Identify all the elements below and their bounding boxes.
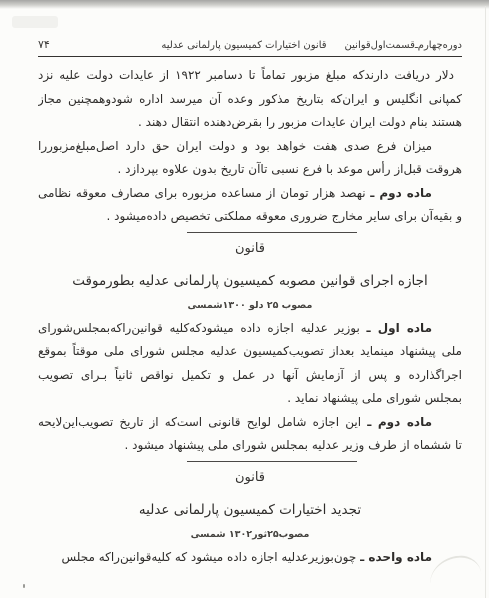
header-course-label: دوره‌چهارم‌ـ‌قسمت‌اول‌قوانین bbox=[345, 40, 462, 51]
law-body: ماده اول ـ بوزیر عدلیه اجازه داده میشودک… bbox=[38, 317, 462, 458]
article-1-text: بوزیر عدلیه اجازه داده میشودکه‌کلیه قوان… bbox=[38, 321, 360, 335]
scanned-document-page: دوره‌چهارم‌ـ‌قسمت‌اول‌قوانین قانون اختیا… bbox=[0, 0, 489, 598]
single-article-label: ماده واحده ـ bbox=[360, 550, 432, 564]
text-line: میزان فرع صدی هفت خواهد بود و دولت ایران… bbox=[38, 135, 462, 159]
law-section-provisional-execution: قانون اجازه اجرای قوانین مصوبه کمیسیون پ… bbox=[38, 239, 462, 458]
text-line: و بقیه‌آن برای سایر مخارج ضروری معوقه مم… bbox=[38, 205, 462, 229]
law-kicker: قانون bbox=[38, 468, 462, 488]
continued-law-text: دلار دریافت دارندکه مبلغ مزبور تماماً تا… bbox=[38, 64, 462, 229]
article-2-text: این اجازه شامل لوایح قانونی است‌که از تا… bbox=[38, 415, 361, 429]
law-section-renewal-of-powers: قانون تجدید اختیارات کمیسیون پارلمانی عد… bbox=[38, 468, 462, 570]
header-running-title: قانون اختیارات کمیسیون پارلمانی عدلیه bbox=[161, 40, 326, 51]
article-2-label: ماده دوم ـ bbox=[370, 186, 432, 200]
article-1-first-line: ماده اول ـ بوزیر عدلیه اجازه داده میشودک… bbox=[38, 317, 462, 341]
text-line: دلار دریافت دارندکه مبلغ مزبور تماماً تا… bbox=[38, 64, 462, 88]
text-line: تا ششماه از طرف وزیر عدلیه بمجلس شورای م… bbox=[38, 434, 462, 458]
law-approval-date: مصوب۲۵ثور۱۳۰۲ شمسی bbox=[38, 528, 462, 542]
text-line: اجراگذارده و پس از آزمایش آنها در عمل و … bbox=[38, 364, 462, 388]
article-2-first-line: ماده دوم ـ نهصد هزار تومان از مساعده مزب… bbox=[38, 182, 462, 206]
page-content: دوره‌چهارم‌ـ‌قسمت‌اول‌قوانین قانون اختیا… bbox=[0, 0, 489, 569]
scan-speck bbox=[23, 584, 25, 588]
single-article-text: چون‌بوزیرعدلیه اجازه داده میشود که کلیه‌… bbox=[61, 550, 356, 564]
law-kicker: قانون bbox=[38, 239, 462, 259]
single-article-first-line: ماده واحده ـ چون‌بوزیرعدلیه اجازه داده م… bbox=[38, 546, 462, 570]
law-body: ماده واحده ـ چون‌بوزیرعدلیه اجازه داده م… bbox=[38, 546, 462, 570]
section-divider bbox=[187, 232, 357, 233]
text-line: بمجلس شورای ملی پیشنهاد نماید . bbox=[38, 387, 462, 411]
text-line: هستند بنام دولت ایران عایدات مزبور را بق… bbox=[38, 111, 462, 135]
section-divider bbox=[187, 461, 357, 462]
article-2-text: نهصد هزار تومان از مساعده مزبوره برای مص… bbox=[38, 186, 366, 200]
article-2-first-line: ماده دوم ـ این اجازه شامل لوایح قانونی ا… bbox=[38, 411, 462, 435]
page-header: دوره‌چهارم‌ـ‌قسمت‌اول‌قوانین قانون اختیا… bbox=[38, 38, 462, 57]
law-title: اجازه اجرای قوانین مصوبه کمیسیون پارلمان… bbox=[38, 269, 462, 293]
text-line: کمپانی انگلیس و ایران‌که بتاریخ مذکور وع… bbox=[38, 88, 462, 112]
page-number: ۷۴ bbox=[38, 38, 50, 51]
article-1-label: ماده اول ـ bbox=[367, 321, 432, 335]
article-2-label: ماده دوم ـ bbox=[367, 415, 432, 429]
text-line: هروقت قبل‌از رأس موعد با فرع نسبی تاآن ت… bbox=[38, 158, 462, 182]
text-line: ملی پیشنهاد مینماید بعداز تصویب‌کمیسیون … bbox=[38, 340, 462, 364]
law-approval-date: مصوب ۲۵ دلو ۱۳۰۰شمسی bbox=[38, 299, 462, 313]
law-title: تجدید اختیارات کمیسیون پارلمانی عدلیه bbox=[38, 498, 462, 522]
